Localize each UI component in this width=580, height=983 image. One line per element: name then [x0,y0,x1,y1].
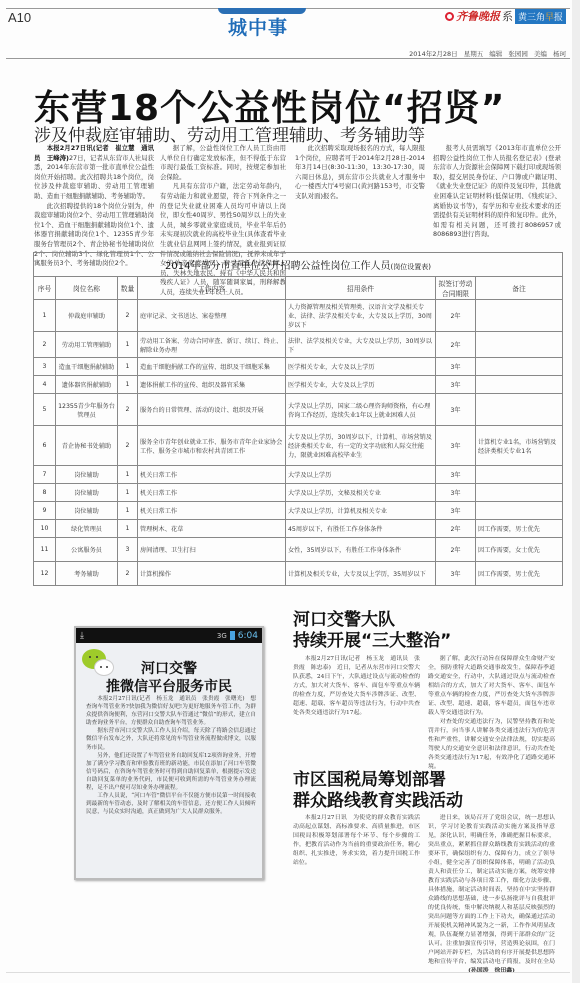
cell-note: 因工作需要，男士优先 [476,520,563,538]
cell-note: 因工作需要，男士优先 [476,562,563,586]
traffic-headline: 河口交警大队 持续开展“三大整治” [293,610,451,652]
cell-duty: 劳动用工备案、劳动合同审查、新订、续订、终止、解除业务办理 [138,332,286,358]
cell-duty: 管理树木、花草 [138,520,286,538]
cell-qty: 3 [118,538,138,562]
article-column-1: 本报2月27日讯(记者 崔立慧 通讯员 王峰涛)27日，记者从东营市人社局获悉，… [34,144,154,269]
cell-term: 3年 [436,466,476,484]
cell-duty: 庭审记录、文书送达、案卷整理 [138,300,286,332]
cell-req: 医学相关专业，大专及以上学历 [286,376,436,394]
table-row: 7岗位辅助1机关日常工作大学及以上学历3年 [34,466,563,484]
battery-icon [230,631,235,640]
cell-duty: 机关日常工作 [138,484,286,502]
cell-no: 4 [34,376,56,394]
badge-part-a: 黄三角 [518,13,545,23]
paragraph: 据了解，此次行动旨在保障群众生命财产安全，预防重特大道路交通事故发生，保障春季道… [428,655,555,718]
paragraph: 对查处的交通违法行为，民警坚持教育和处罚并行，向当事人讲解各类交通违法行为的危害… [428,718,555,772]
cell-no: 2 [34,332,56,358]
cell-no: 10 [34,520,56,538]
cell-term: 3年 [436,376,476,394]
paragraph: 据东营市河口交警大队工作人员介绍，每天除了将路会信息通过微信平台发布之外，大队还… [86,727,256,751]
cell-no: 1 [34,300,56,332]
main-subheadline: 涉及仲裁庭审辅助、劳动用工管理辅助、考务辅助等 [34,121,425,146]
cell-name: 遗体器官捐献辅助 [56,376,118,394]
brand-name: 齐鲁晚报 [456,8,500,24]
cell-duty: 房间清理、卫生打扫 [138,538,286,562]
cell-note [476,376,563,394]
traffic-column-2: 据了解，此次行动旨在保障群众生命财产安全，预防重特大道路交通事故发生，保障春季道… [428,655,555,772]
cell-term: 3年 [436,562,476,586]
jobs-table: 2014年部分市直单位公开招聘公益性岗位工作人员(岗位设置表) 序号 岗位名称 … [33,252,563,586]
cell-qty: 2 [118,426,138,466]
designer-credit: 美编 杨珂 [534,50,566,58]
cell-qty: 1 [118,502,138,520]
paragraph: 据了解，公益性岗位工作人员工资由用人单位自行确定发放标准，但不得低于东营市现行最… [160,144,286,182]
table-row: 12考务辅助2计算机操作计算机及相关专业，大专及以上学历，35周岁以下3年因工作… [34,562,563,586]
table-row: 11公寓服务员3房间清理、卫生打扫女性，35周岁以下，有胜任工作身体条件2年因工… [34,538,563,562]
table-row: 9岗位辅助1机关日常工作大学及以上学历，计算机及相关专业3年 [34,502,563,520]
column-header: 备注 [476,277,563,300]
table-header-row: 序号 岗位名称 数量 工作内容 招用条件 拟签订劳动合同期限 备注 [34,277,563,300]
cell-term: 2年 [436,300,476,332]
brand-suffix: 系 [502,8,513,24]
phone-title-line1: 河口交警 [76,658,262,678]
cell-term: 3年 [436,358,476,376]
paragraph: 此次招聘采取现场报名的方式，每人限报1个岗位，应聘者可于2014年2月28日-2… [295,144,425,202]
signal-icon: 3G [217,632,227,640]
status-time: 6:04 [238,631,258,641]
headline-line: 持续开展“三大整治” [293,631,451,652]
phone-screenshot: ⤓ 3G 6:04 河口交警 推微信平台服务市民 本报2月27日讯(记者 杨玉龙… [74,626,264,880]
cell-duty: 计算机操作 [138,562,286,586]
cell-note: 因工作需要，女士优先 [476,538,563,562]
page-number: A10 [8,10,31,25]
table-title-note: (岗位设置表) [390,263,430,271]
cell-qty: 1 [118,520,138,538]
article-column-3: 此次招聘采取现场报名的方式，每人限报1个岗位，应聘者可于2014年2月28日-2… [295,144,425,202]
cell-qty: 1 [118,484,138,502]
paragraph: 另外，他们还设置了车驾管业务自助回复库12项咨询业务，开增加了满分学习教育和审验… [86,752,256,792]
cell-name: 青企协秘书处辅助 [56,426,118,466]
cell-qty: 2 [118,394,138,426]
column-header: 数量 [118,277,138,300]
cell-req: 大学及以上学历，计算机及相关专业 [286,502,436,520]
cell-note [476,466,563,484]
phone-title-line2: 推微信平台服务市民 [76,676,262,696]
cell-note [476,332,563,358]
phone-status-bar: ⤓ 3G 6:04 [76,628,262,643]
cell-req: 人力资源管理及相关管理类、汉语言文学及相关专业、法律、法学及相关专业，大专及以上… [286,300,436,332]
cell-req: 45周岁以下，有胜任工作身体条件 [286,520,436,538]
cell-note [476,394,563,426]
cell-no: 3 [34,358,56,376]
cell-name: 岗位辅助 [56,502,118,520]
cell-name: 造血干细胞捐献辅助 [56,358,118,376]
cell-term: 2年 [436,332,476,358]
headline-line: 市区国税局筹划部署 [293,770,463,791]
cell-note [476,484,563,502]
paragraph: 报考人员需填写《2013年市直单位公开招聘公益性岗位工作人员报名登记表》(登录东… [433,144,561,240]
column-header: 序号 [34,277,56,300]
bottom-rule [6,972,570,973]
cell-no: 8 [34,484,56,502]
article-column-4: 报考人员需填写《2013年市直单位公开招聘公益性岗位工作人员报名登记表》(登录东… [433,144,561,240]
tax-column-2: 进日来，该局召开了党组会议，统一思想认识，学习讨论教育实践活动实施方案及指导意见… [428,814,555,975]
cell-term: 3年 [436,502,476,520]
section-title: 城中事 [228,13,288,40]
headline-line: 河口交警大队 [293,610,451,631]
badge-part-b: 早 [545,13,554,23]
cell-req: 女性，35周岁以下，有胜任工作身体条件 [286,538,436,562]
cell-req: 大学及以上学历 [286,466,436,484]
cell-note: 计算机专业1名，市场营销及经济类相关专业1名 [476,426,563,466]
page-meta: 2014年2月28日 星期五 编辑 张园园 美编 杨珂 [409,49,566,58]
header-rule [6,58,570,59]
cell-no: 6 [34,426,56,466]
cell-term: 3年 [436,426,476,466]
table-title-row: 2014年部分市直单位公开招聘公益性岗位工作人员(岗位设置表) [34,253,563,277]
cell-name: 12355青少年服务台管理员 [56,394,118,426]
column-header: 拟签订劳动合同期限 [436,277,476,300]
cell-name: 公寓服务员 [56,538,118,562]
cell-req: 大学及以上学历，国家二级心理咨询师资格，有心理咨询工作经历，连续失业1年以上就业… [286,394,436,426]
cell-note [476,300,563,332]
tax-column-1: 本报2月27日讯 为使党的群众教育实践活动高起点谋划、高标准要求、高质量推进，市… [293,814,420,868]
newspaper-page: A10 城中事 齐鲁晚报 系 黄三角早报 2014年2月28日 星期五 编辑 张… [0,0,580,983]
cell-qty: 1 [118,332,138,358]
column-header: 工作内容 [138,277,286,300]
cell-duty: 服务全市青年创业就业工作、服务市青年企业家协会工作、服务全市城市和农村共青团工作 [138,426,286,466]
cell-qty: 2 [118,562,138,586]
download-icon: ⤓ [80,631,84,641]
cell-name: 岗位辅助 [56,466,118,484]
brand-badge: 黄三角早报 [515,9,566,24]
cell-term: 2年 [436,520,476,538]
cell-name: 考务辅助 [56,562,118,586]
badge-part-c: 报 [554,13,563,23]
cell-term: 2年 [436,538,476,562]
cell-no: 7 [34,466,56,484]
cell-qty: 1 [118,358,138,376]
page-edge [572,0,580,983]
cell-name: 绿化管理员 [56,520,118,538]
brand-logo: 齐鲁晚报 系 黄三角早报 [445,8,566,24]
table-row: 10绿化管理员1管理树木、花草45周岁以下，有胜任工作身体条件2年因工作需要，男… [34,520,563,538]
cell-duty: 遗体捐献工作的宣传、组织及器官采集 [138,376,286,394]
paragraph: 本报2月27日讯(记者 杨玉龙 通讯员 张贵霞 张曙光) 想查询车驾管业务?快加… [86,695,256,727]
headline-line: 群众路线教育实践活动 [293,791,463,812]
cell-name: 仲裁庭审辅助 [56,300,118,332]
cell-duty: 机关日常工作 [138,502,286,520]
cell-no: 9 [34,502,56,520]
traffic-column-1: 本报2月27日讯(记者 杨玉龙 通讯员 张贵霞 陈忠泰) 近日，记者从东营市河口… [293,655,420,718]
issue-weekday: 星期五 [464,50,484,58]
paragraph: 工作人员说，“河口车管”微信平台不仅能方便市民第一时间接收到最新的车管动态，及时… [86,792,256,816]
table-title-text: 2014年部分市直单位公开招聘公益性岗位工作人员 [165,261,390,272]
table-row: 512355青少年服务台管理员2服务台的日常管理、活动的设计、组织及开展大学及以… [34,394,563,426]
tax-headline: 市区国税局筹划部署 群众路线教育实践活动 [293,770,463,812]
paragraph: 本报2月27日讯 为使党的群众教育实践活动高起点谋划、高标准要求、高质量推进，市… [293,814,420,868]
paragraph: 本报2月27日讯(记者 杨玉龙 通讯员 张贵霞 陈忠泰) 近日，记者从东营市河口… [293,655,420,718]
table-row: 6青企协秘书处辅助2服务全市青年创业就业工作、服务市青年企业家协会工作、服务全市… [34,426,563,466]
phone-article-body: 本报2月27日讯(记者 杨玉龙 通讯员 张贵霞 张曙光) 想查询车驾管业务?快加… [86,695,256,816]
cell-term: 3年 [436,484,476,502]
cell-no: 11 [34,538,56,562]
table-row: 3造血干细胞捐献辅助1造血干细胞捐献工作的宣传、组织及干细胞采集医学相关专业，大… [34,358,563,376]
cell-no: 5 [34,394,56,426]
cell-duty: 造血干细胞捐献工作的宣传、组织及干细胞采集 [138,358,286,376]
table-row: 4遗体器官捐献辅助1遗体捐献工作的宣传、组织及器官采集医学相关专业，大专及以上学… [34,376,563,394]
cell-note [476,502,563,520]
table-row: 8岗位辅助1机关日常工作大学及以上学历，文秘及相关专业3年 [34,484,563,502]
cell-req: 大学及以上学历，文秘及相关专业 [286,484,436,502]
cell-req: 医学相关专业，大专及以上学历 [286,358,436,376]
cell-name: 劳动用工管理辅助 [56,332,118,358]
cell-duty: 机关日常工作 [138,466,286,484]
cell-no: 12 [34,562,56,586]
cell-req: 法律、法学及相关专业，大专及以上学历，30周岁以下 [286,332,436,358]
tax-credit: (孙国涛 徐田鑫) [428,966,555,975]
table-title: 2014年部分市直单位公开招聘公益性岗位工作人员(岗位设置表) [34,253,563,277]
cell-term: 3年 [436,394,476,426]
cell-duty: 服务台的日常管理、活动的设计、组织及开展 [138,394,286,426]
table-row: 1仲裁庭审辅助2庭审记录、文书送达、案卷整理人力资源管理及相关管理类、汉语言文学… [34,300,563,332]
paragraph: 进日来，该局召开了党组会议，统一思想认识，学习讨论教育实践活动实施方案及指导意见… [428,814,555,964]
brand-circle-icon [445,12,454,21]
column-header: 岗位名称 [56,277,118,300]
cell-qty: 1 [118,466,138,484]
cell-qty: 1 [118,376,138,394]
cell-req: 计算机及相关专业，大专及以上学历，35周岁以下 [286,562,436,586]
cell-note [476,358,563,376]
cell-qty: 2 [118,300,138,332]
issue-date: 2014年2月28日 [409,50,457,58]
column-header: 招用条件 [286,277,436,300]
cell-req: 大专及以上学历，30周岁以下，计算机、市场营销及经济类相关专业，有一定的文字功底… [286,426,436,466]
cell-name: 岗位辅助 [56,484,118,502]
table-row: 2劳动用工管理辅助1劳动用工备案、劳动合同审查、新订、续订、终止、解除业务办理法… [34,332,563,358]
editor-credit: 编辑 张园园 [489,50,528,58]
